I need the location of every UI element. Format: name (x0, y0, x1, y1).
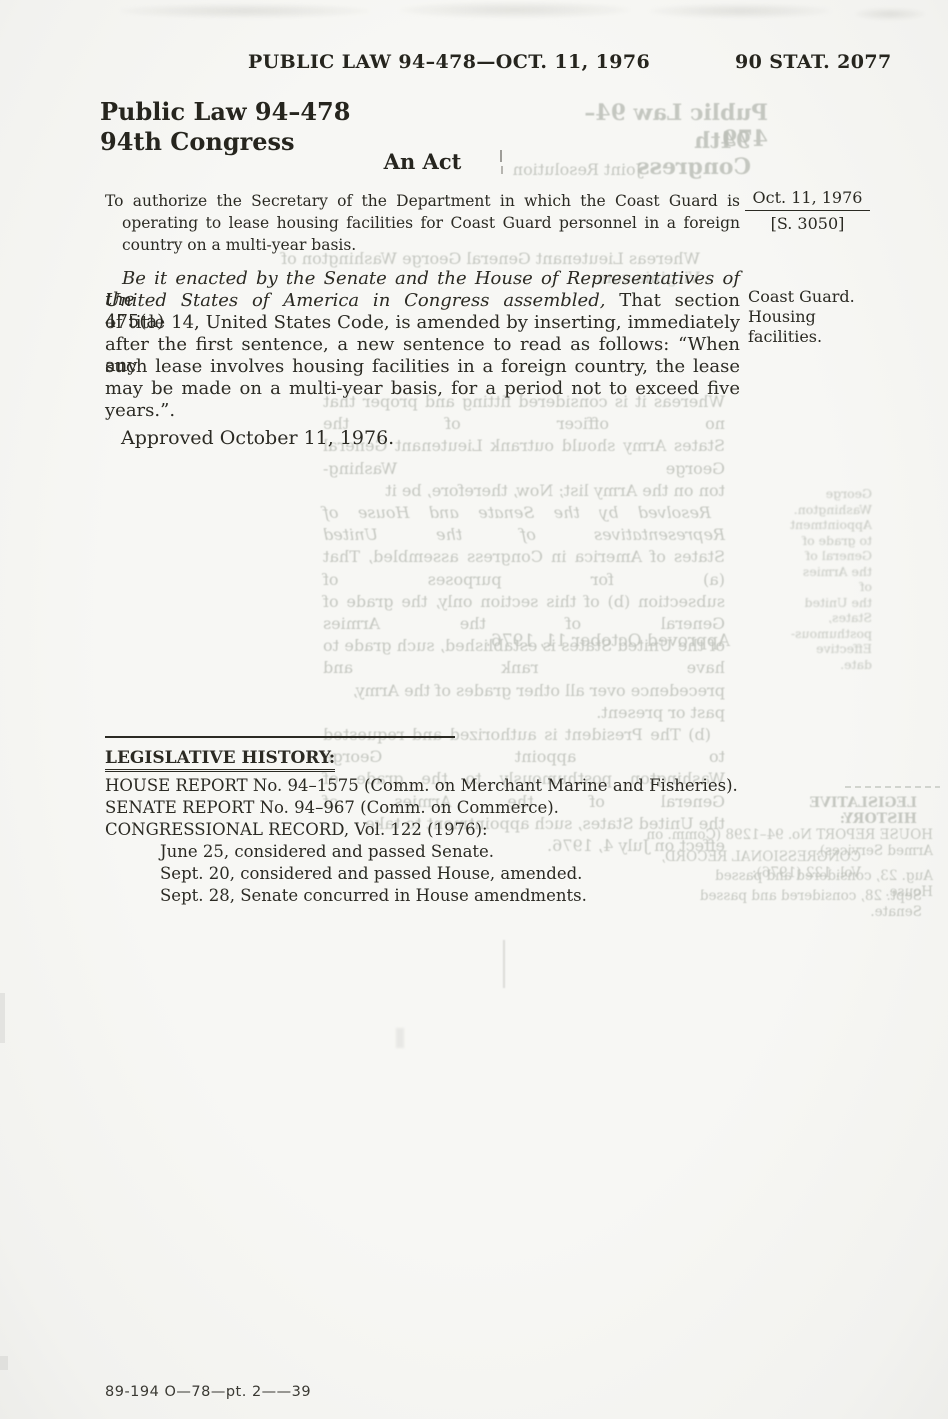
printer-imprint: 89-194 O—78—pt. 2——39 (105, 1384, 311, 1400)
statute-page: Public Law 94–479 94th Congress Joint Re… (0, 0, 948, 1419)
legislative-history-item: SENATE REPORT No. 94–967 (Comm. on Comme… (105, 798, 559, 817)
preamble: To authorize the Secretary of the Depart… (105, 190, 740, 256)
body-line: after the first sentence, a new sentence… (105, 334, 740, 356)
bleedthrough-text-line: (b) The President is authorized and requ… (323, 724, 725, 768)
bleedthrough-text-line: States of America in Congress assembled,… (323, 546, 725, 590)
running-head-law-line: PUBLIC LAW 94–478—OCT. 11, 1976 (248, 51, 608, 73)
body-text: Be it enacted by the Senate and the Hous… (105, 268, 740, 422)
bleedthrough-margin-line: Washington. (796, 502, 872, 518)
scan-smudge (855, 8, 925, 20)
body-line: of title 14, United States Code, is amen… (105, 312, 740, 334)
bleedthrough-leghistory-line: Sept. 28, considered and passed Senate. (650, 888, 922, 920)
legislative-history-heading-text: LEGISLATIVE HISTORY: (105, 748, 335, 772)
act-heading: An Act (105, 149, 740, 174)
bleedthrough-text-line: Resolved by the Senate and House of Repr… (323, 502, 725, 546)
body-line: may be made on a multi-year basis, for a… (105, 378, 740, 400)
bleedthrough-margin-line: Appointment (796, 517, 872, 533)
bleedthrough-text-line: precedence over all other grades of the … (323, 680, 725, 724)
legislative-history-item: CONGRESSIONAL RECORD, Vol. 122 (1976): (105, 820, 488, 839)
body-line: Be it enacted by the Senate and the Hous… (105, 268, 740, 290)
crease-mark (503, 940, 505, 988)
bleedthrough-margin-line: States, (796, 610, 872, 626)
bleedthrough-leghistory-line: LEGISLATIVE HISTORY: (747, 795, 917, 827)
legislative-history-item: HOUSE REPORT No. 94–1575 (Comm. on Merch… (105, 776, 738, 795)
margin-note-line: facilities. (748, 327, 855, 347)
public-law-number: Public Law 94–478 (100, 97, 350, 126)
body-line: such lease involves housing facilities i… (105, 356, 740, 378)
margin-bill-number: [S. 3050] (745, 214, 870, 233)
running-head-stat-number: 90 STAT. 2077 (735, 51, 877, 73)
margin-subject-notes: Coast Guard. Housing facilities. (748, 287, 855, 347)
margin-note-line: Coast Guard. (748, 287, 855, 307)
margin-note-line: Housing (748, 307, 855, 327)
legislative-history-rule (105, 736, 455, 738)
scan-smudge (400, 2, 630, 18)
legislative-history-record-item: June 25, considered and passed Senate. (160, 842, 494, 861)
bleedthrough-margin-line: to grade of (796, 533, 872, 549)
bleedthrough-margin-line: the Armies of (796, 564, 872, 595)
legislative-history-record-item: Sept. 20, considered and passed House, a… (160, 864, 582, 883)
bleedthrough-approved-line: Approved October 11, 1976. (430, 631, 730, 651)
bleedthrough-margin-line: the United (796, 595, 872, 611)
margin-date-rule (745, 210, 870, 211)
body-line: United States of America in Congress ass… (105, 290, 740, 312)
body-line: years.”. (105, 400, 740, 422)
scan-edge-mark (0, 1356, 8, 1370)
bleedthrough-text-line: ton on the Army list; Now, therefore, be… (323, 480, 725, 502)
bleedthrough-text-line: subsection (b) of this section only, the… (323, 591, 725, 635)
scan-smudge (120, 4, 370, 18)
bleedthrough-rule (845, 786, 940, 788)
legislative-history-record-item: Sept. 28, Senate concurred in House amen… (160, 886, 587, 905)
scan-edge-mark (396, 1028, 404, 1048)
bleedthrough-margin-line: George (796, 486, 872, 502)
scan-smudge (650, 4, 830, 18)
preamble-line: To authorize the Secretary of the Depart… (105, 190, 740, 212)
bleedthrough-margin-line: General of (796, 548, 872, 564)
enacting-clause-italic: United States of America in Congress ass… (105, 290, 605, 311)
bleedthrough-margin-line: Effective date. (796, 641, 872, 672)
approved-line: Approved October 11, 1976. (121, 427, 394, 449)
scan-edge-mark (0, 993, 5, 1043)
margin-date: Oct. 11, 1976 (745, 188, 870, 207)
preamble-line: operating to lease housing facilities fo… (105, 212, 740, 234)
legislative-history-heading: LEGISLATIVE HISTORY: (105, 748, 335, 768)
preamble-line: country on a multi-year basis. (105, 234, 740, 256)
bleedthrough-margin-line: posthumous- (796, 626, 872, 642)
bleedthrough-margin-notes: George Washington. Appointment to grade … (796, 486, 872, 672)
